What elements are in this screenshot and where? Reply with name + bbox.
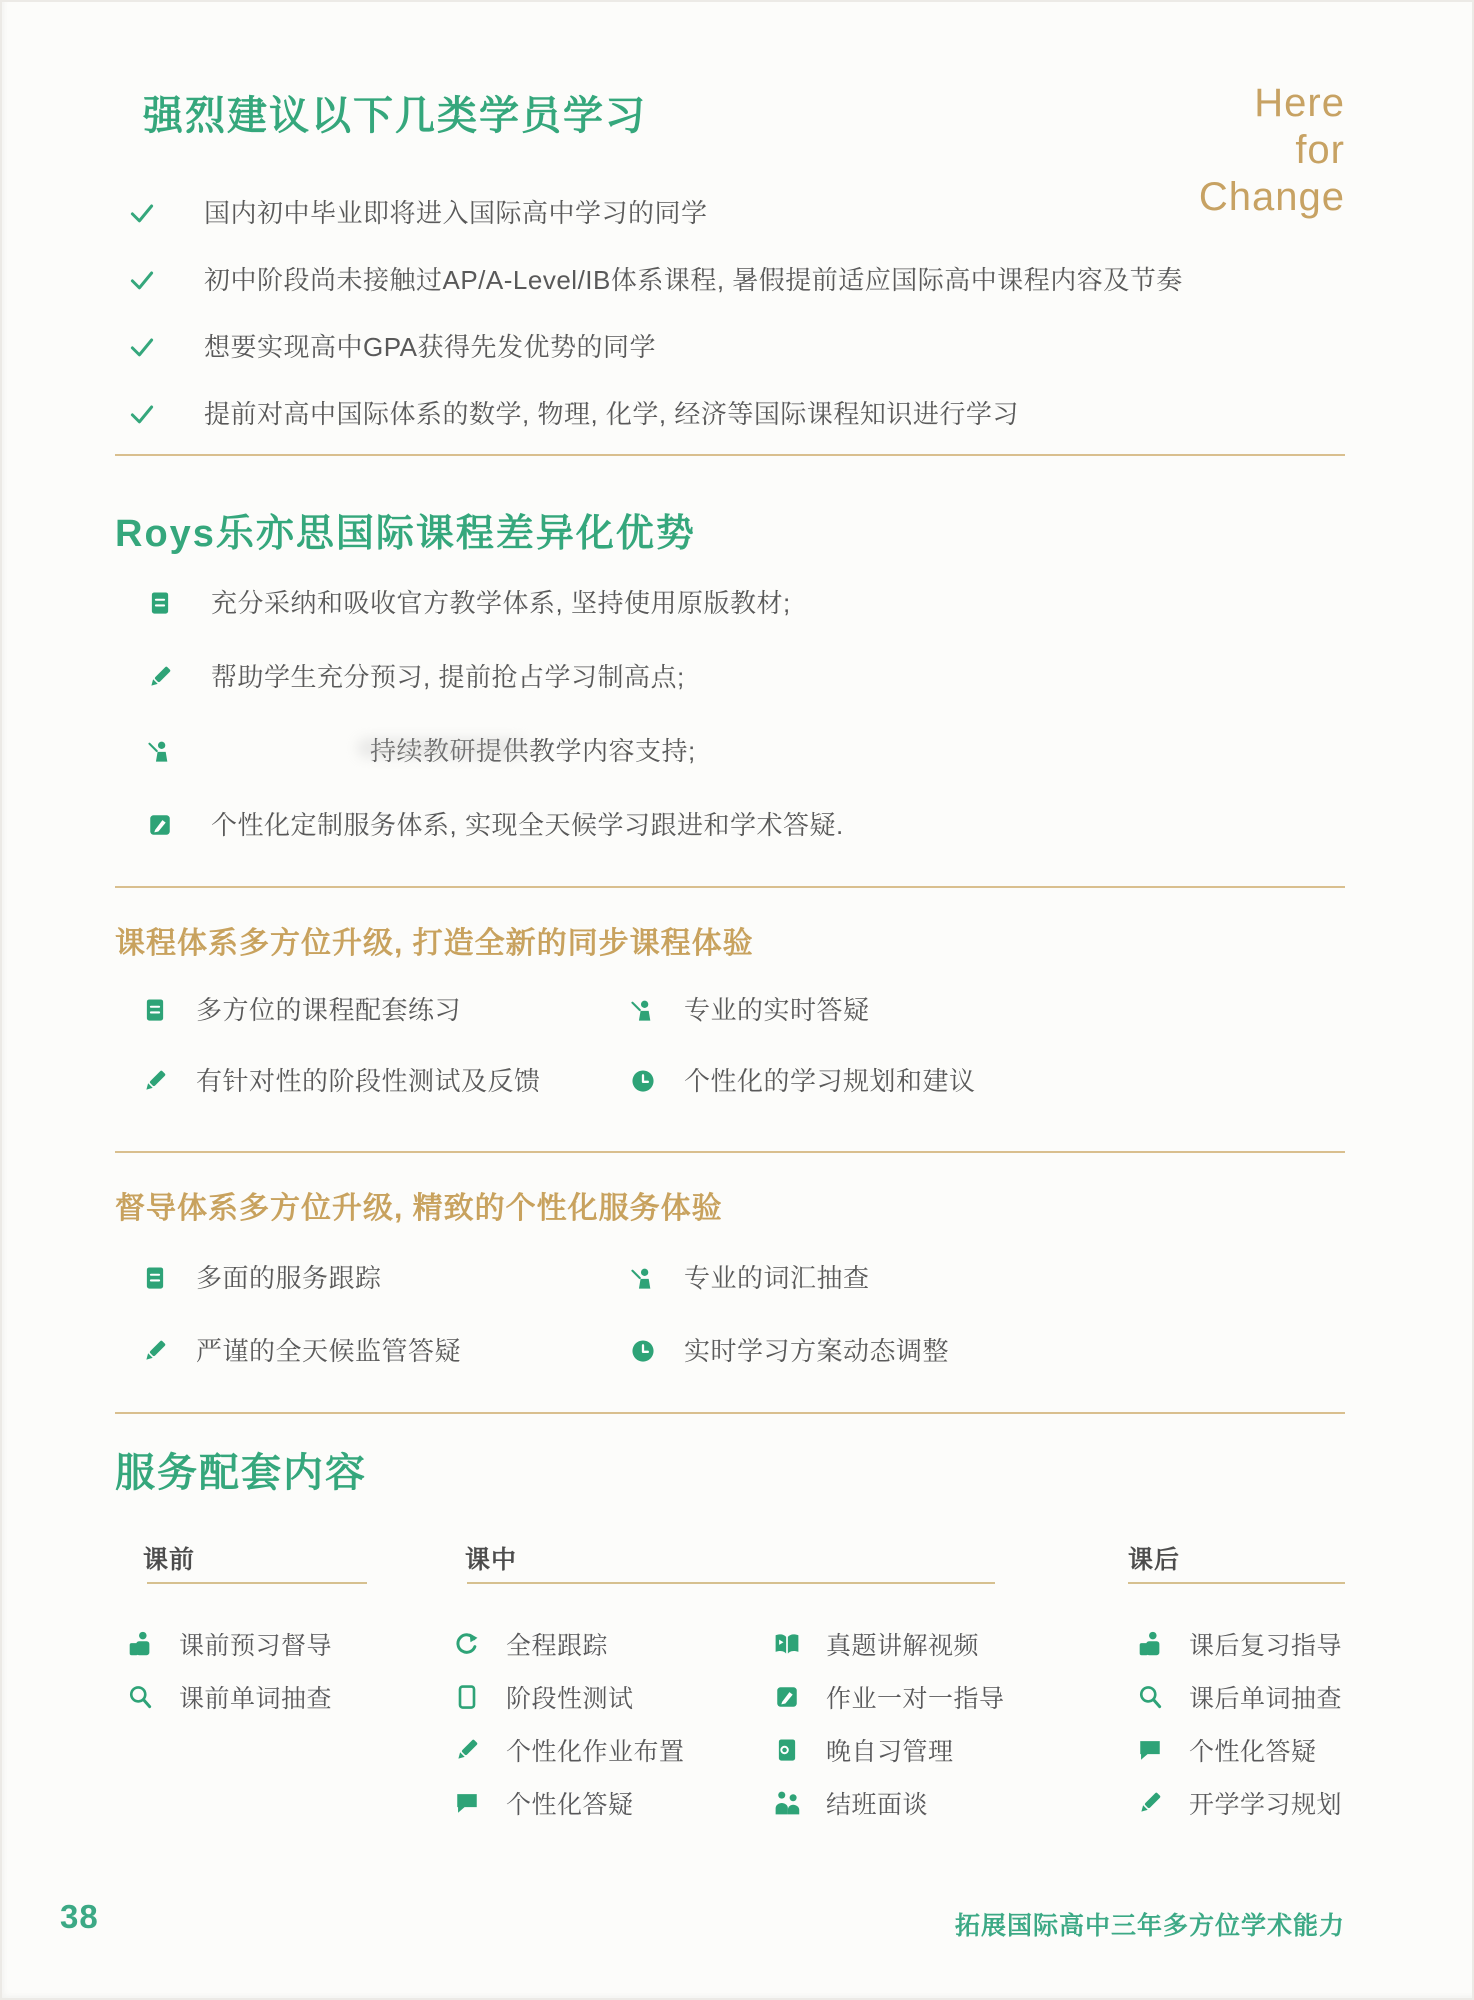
refresh-icon [452, 1629, 482, 1659]
list-item: 有针对性的阶段性测试及反馈 [142, 1066, 541, 1096]
search-icon [125, 1682, 155, 1712]
logo-line: Here [1199, 80, 1345, 127]
tablet-icon [452, 1682, 482, 1712]
section-divider [115, 1151, 1345, 1153]
list-item-label: 晚自习管理 [826, 1732, 954, 1768]
service-column-during-a: 全程跟踪 阶段性测试 个性化作业布置 个性化答疑 [452, 1628, 685, 1840]
list-item-label: 专业的实时答疑 [684, 995, 870, 1025]
document-icon [142, 997, 168, 1023]
list-item: 个性化作业布置 [452, 1734, 685, 1765]
presenter-icon [630, 997, 656, 1023]
column-underline [1128, 1582, 1345, 1584]
list-item: 课前单词抽查 [125, 1681, 332, 1712]
list-item: 作业一对一指导 [772, 1681, 1005, 1712]
list-item-label: 个性化定制服务体系, 实现全天候学习跟进和学术答疑. [211, 810, 844, 840]
list-item-label: 结班面谈 [826, 1785, 928, 1821]
presenter-icon [630, 1265, 656, 1291]
list-item-label: 个性化答疑 [1189, 1732, 1317, 1768]
page-number: 38 [60, 1898, 99, 1936]
list-item: 个性化答疑 [452, 1787, 685, 1818]
list-item-label: 实时学习方案动态调整 [684, 1336, 949, 1366]
document-icon [142, 1265, 168, 1291]
logo-line: Change [1199, 174, 1345, 221]
service-column-post: 课后复习指导 课后单词抽查 个性化答疑 开学学习规划 [1135, 1628, 1342, 1840]
list-item-label: 阶段性测试 [506, 1679, 634, 1715]
section-title: Roys乐亦思国际课程差异化优势 [115, 502, 696, 557]
list-item: 个性化定制服务体系, 实现全天候学习跟进和学术答疑. [147, 810, 844, 840]
list-item: 个性化答疑 [1135, 1734, 1342, 1765]
list-item: 初中阶段尚未接触过AP/A-Level/IB体系课程, 暑假提前适应国际高中课程… [128, 265, 1183, 295]
list-item: 充分采纳和吸收官方教学体系, 坚持使用原版教材; [147, 588, 844, 618]
list-item-label: 作业一对一指导 [826, 1679, 1005, 1715]
list-item: 想要实现高中GPA获得先发优势的同学 [128, 332, 1183, 362]
list-item-label: 提前对高中国际体系的数学, 物理, 化学, 经济等国际课程知识进行学习 [204, 399, 1019, 429]
list-item-label: 课前单词抽查 [179, 1679, 332, 1715]
list-item: 阶段性测试 [452, 1681, 685, 1712]
list-item-label: 个性化答疑 [506, 1785, 634, 1821]
list-item: 课前预习督导 [125, 1628, 332, 1659]
column-header: 课中 [465, 1540, 517, 1576]
list-item-label: 初中阶段尚未接触过AP/A-Level/IB体系课程, 暑假提前适应国际高中课程… [204, 265, 1183, 295]
footer-slogan: 拓展国际高中三年多方位学术能力 [955, 1906, 1345, 1942]
list-item: 结班面谈 [772, 1787, 1005, 1818]
list-item: 帮助学生充分预习, 提前抢占学习制高点; [147, 662, 844, 692]
list-item: 国内初中毕业即将进入国际高中学习的同学 [128, 198, 1183, 228]
edit-note-icon [147, 812, 173, 838]
chat-icon [452, 1788, 482, 1818]
pencil-icon [142, 1338, 168, 1364]
list-item: 课后单词抽查 [1135, 1681, 1342, 1712]
document-page: 强烈建议以下几类学员学习 Here for Change 国内初中毕业即将进入国… [0, 0, 1474, 2000]
list-item: 实时学习方案动态调整 [630, 1336, 949, 1366]
section-divider [115, 454, 1345, 456]
search-icon [1135, 1682, 1165, 1712]
list-item: 多面的服务跟踪 [142, 1263, 382, 1293]
list-item-label: 课前预习督导 [179, 1626, 332, 1662]
pencil-icon [1135, 1788, 1165, 1818]
list-item-label: 充分采纳和吸收官方教学体系, 坚持使用原版教材; [211, 588, 791, 618]
recommend-checklist: 国内初中毕业即将进入国际高中学习的同学 初中阶段尚未接触过AP/A-Level/… [128, 198, 1183, 466]
list-item-label: 课后单词抽查 [1189, 1679, 1342, 1715]
presenter-icon [147, 738, 173, 764]
column-underline [147, 1582, 367, 1584]
logo-line: for [1199, 127, 1345, 174]
check-icon [128, 400, 156, 428]
check-icon [128, 333, 156, 361]
list-item: 严谨的全天候监管答疑 [142, 1336, 461, 1366]
chat-icon [1135, 1735, 1165, 1765]
list-item-label: 专业的词汇抽查 [684, 1263, 870, 1293]
list-item: 专业的实时答疑 [630, 995, 870, 1025]
list-item-label: 全程跟踪 [506, 1626, 608, 1662]
pencil-icon [147, 664, 173, 690]
list-item-label: 多方位的课程配套练习 [196, 995, 461, 1025]
edit-note-icon [772, 1682, 802, 1712]
list-item: 持续教研提供教学内容支持; [147, 736, 844, 766]
clock-icon [630, 1338, 656, 1364]
pencil-icon [142, 1068, 168, 1094]
list-item-label: 真题讲解视频 [826, 1626, 979, 1662]
section-title: 督导体系多方位升级, 精致的个性化服务体验 [115, 1183, 723, 1227]
section-title: 服务配套内容 [115, 1441, 367, 1498]
advantages-list: 充分采纳和吸收官方教学体系, 坚持使用原版教材; 帮助学生充分预习, 提前抢占学… [147, 588, 844, 884]
column-header: 课后 [1128, 1540, 1180, 1576]
list-item: 全程跟踪 [452, 1628, 685, 1659]
service-column-pre: 课前预习督导 课前单词抽查 [125, 1628, 332, 1734]
list-item-label: 严谨的全天候监管答疑 [196, 1336, 461, 1366]
section-title: 课程体系多方位升级, 打造全新的同步课程体验 [115, 918, 754, 962]
list-item: 提前对高中国际体系的数学, 物理, 化学, 经济等国际课程知识进行学习 [128, 399, 1183, 429]
list-item: 多方位的课程配套练习 [142, 995, 461, 1025]
video-book-icon [772, 1629, 802, 1659]
list-item-label: 个性化的学习规划和建议 [684, 1066, 976, 1096]
list-item: 真题讲解视频 [772, 1628, 1005, 1659]
list-item-label: 想要实现高中GPA获得先发优势的同学 [204, 332, 656, 362]
person-icon [1135, 1629, 1165, 1659]
section-divider [115, 1412, 1345, 1414]
list-item-label: 开学学习规划 [1189, 1785, 1342, 1821]
page-title: 强烈建议以下几类学员学习 [143, 84, 647, 141]
section-divider [115, 886, 1345, 888]
check-icon [128, 199, 156, 227]
check-icon [128, 266, 156, 294]
list-item-label: 国内初中毕业即将进入国际高中学习的同学 [204, 198, 708, 228]
door-icon [772, 1735, 802, 1765]
list-item-label: 有针对性的阶段性测试及反馈 [196, 1066, 541, 1096]
column-underline [467, 1582, 995, 1584]
document-icon [147, 590, 173, 616]
list-item: 开学学习规划 [1135, 1787, 1342, 1818]
column-header: 课前 [143, 1540, 195, 1576]
list-item-label: 帮助学生充分预习, 提前抢占学习制高点; [211, 662, 685, 692]
service-column-during-b: 真题讲解视频 作业一对一指导 晚自习管理 结班面谈 [772, 1628, 1005, 1840]
pencil-icon [452, 1735, 482, 1765]
here-for-change-logo: Here for Change [1199, 80, 1345, 221]
list-item: 课后复习指导 [1135, 1628, 1342, 1659]
list-item-label: 多面的服务跟踪 [196, 1263, 382, 1293]
clock-icon [630, 1068, 656, 1094]
person-icon [125, 1629, 155, 1659]
list-item: 晚自习管理 [772, 1734, 1005, 1765]
list-item: 个性化的学习规划和建议 [630, 1066, 976, 1096]
list-item: 专业的词汇抽查 [630, 1263, 870, 1293]
people-icon [772, 1788, 802, 1818]
redacted-text-blur [357, 738, 527, 758]
list-item-label: 个性化作业布置 [506, 1732, 685, 1768]
list-item-label: 课后复习指导 [1189, 1626, 1342, 1662]
